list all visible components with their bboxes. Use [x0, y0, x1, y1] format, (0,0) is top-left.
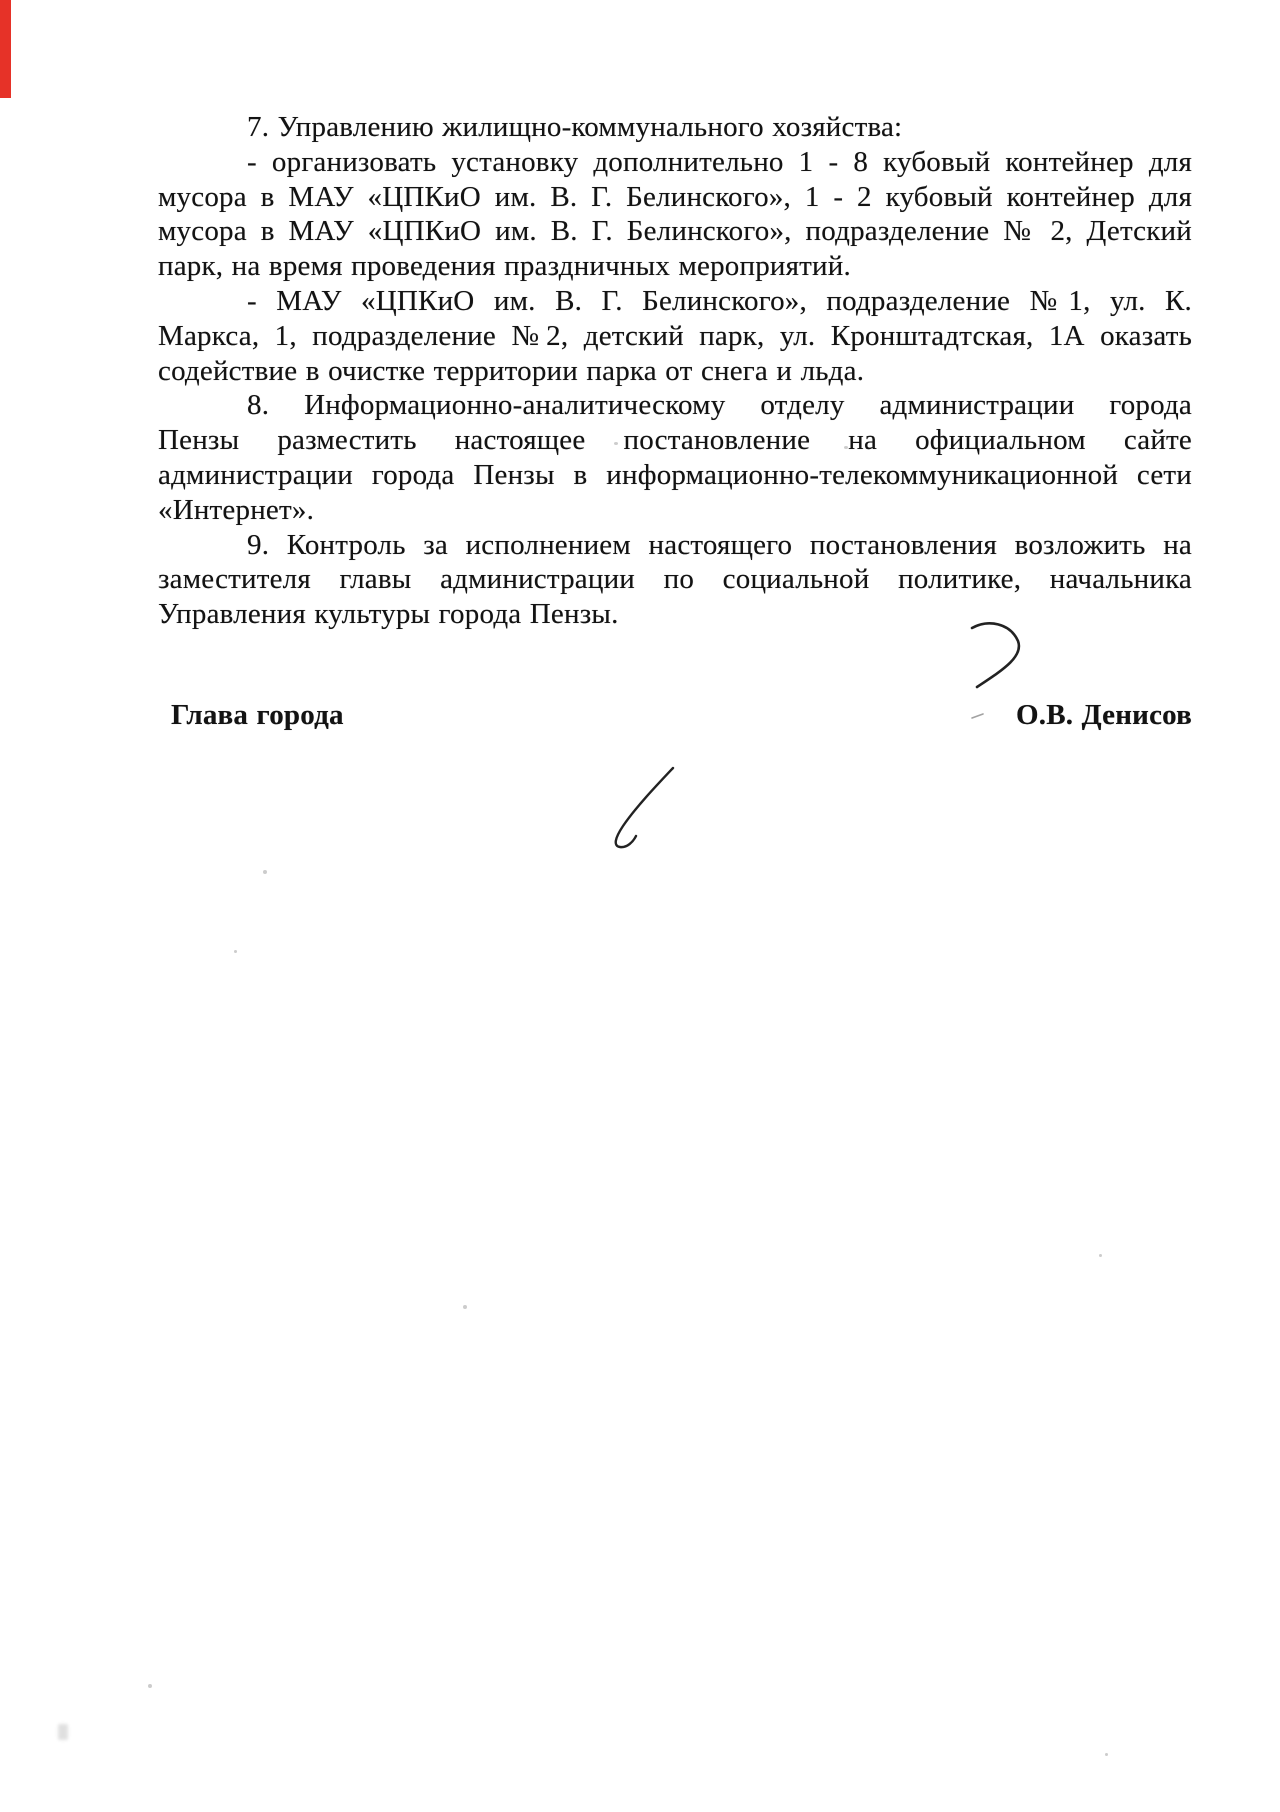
text-line: содействие в очистке территории парка от… [158, 354, 1192, 389]
signature-name: О.В. Денисов [1016, 698, 1192, 733]
text-line: 8. Информационно-аналитическому отделу а… [158, 388, 1192, 423]
text-line: мусора в МАУ «ЦПКиО им. В. Г. Белинского… [158, 180, 1192, 215]
scanner-edge-artifact [0, 0, 11, 98]
text-line: Маркса, 1, подразделение №2, детский пар… [158, 319, 1192, 354]
text-line: Управления культуры города Пензы. [158, 597, 1192, 632]
scan-noise-speck [263, 870, 267, 874]
text-line: заместителя главы администрации по социа… [158, 562, 1192, 597]
text-line: - организовать установку дополнительно 1… [158, 145, 1192, 180]
text-line: Пензы разместить настоящее постановление… [158, 423, 1192, 458]
scan-noise-speck [148, 1684, 152, 1688]
text-line: мусора в МАУ «ЦПКиО им. В. Г. Белинского… [158, 214, 1192, 249]
signature-title: Глава города [171, 698, 344, 733]
scan-noise-speck [1099, 1254, 1102, 1257]
text-line: «Интернет». [158, 493, 1192, 528]
text-line: 7. Управлению жилищно-коммунального хозя… [158, 110, 1192, 145]
text-line: администрации города Пензы в информацион… [158, 458, 1192, 493]
text-line: 9. Контроль за исполнением настоящего по… [158, 528, 1192, 563]
scan-noise-speck [234, 950, 237, 953]
scan-noise-smudge [58, 1724, 68, 1740]
scanned-document-page: 7. Управлению жилищно-коммунального хозя… [0, 0, 1280, 1812]
document-body-text: 7. Управлению жилищно-коммунального хозя… [158, 110, 1192, 733]
text-line: - МАУ «ЦПКиО им. В. Г. Белинского», подр… [158, 284, 1192, 319]
scan-noise-speck [844, 446, 848, 449]
pen-stroke-check-flourish [616, 768, 673, 847]
scan-noise-speck [463, 1305, 467, 1309]
text-line: парк, на время проведения праздничных ме… [158, 249, 1192, 284]
signature-row: Глава города О.В. Денисов [158, 698, 1192, 733]
scan-noise-speck [614, 442, 618, 445]
scan-noise-speck [1105, 1753, 1108, 1756]
